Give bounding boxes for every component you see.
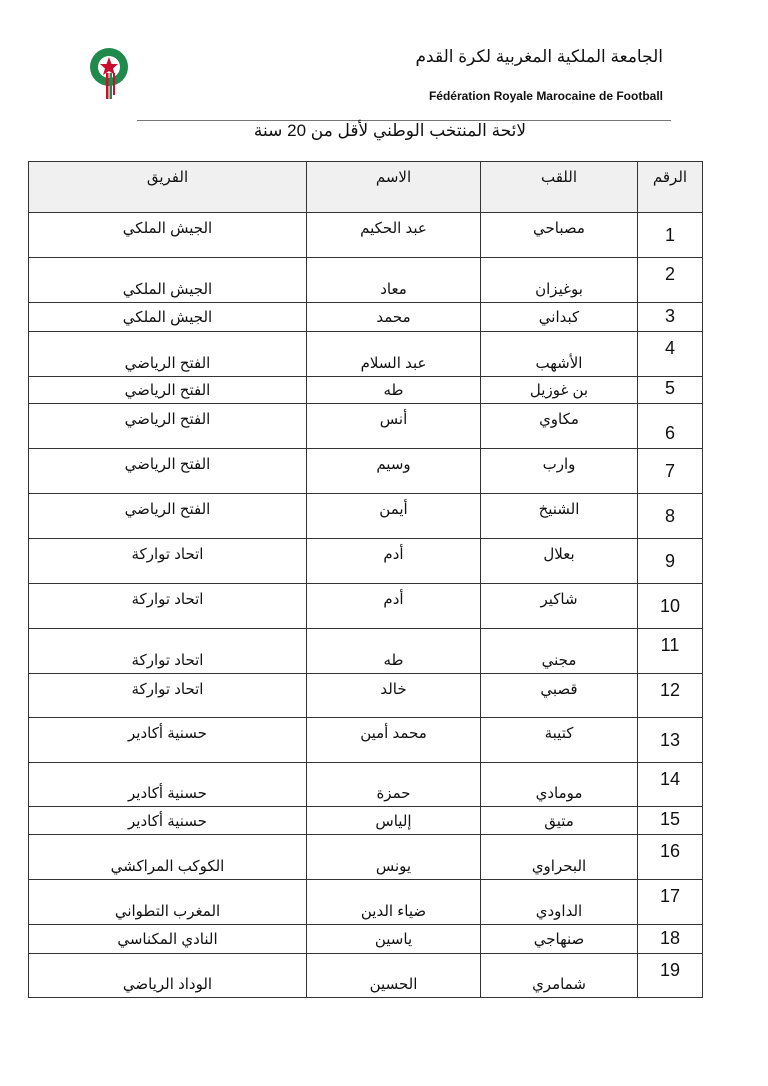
cell-number: 15 [638,807,703,835]
cell-first-name: أنس [307,404,481,449]
cell-surname: وارب [481,449,638,494]
cell-number: 6 [638,404,703,449]
cell-team: الفتح الرياضي [29,404,307,449]
table-row: 11 مجني طه اتحاد تواركة [29,629,703,674]
cell-first-name: أدم [307,584,481,629]
cell-team: حسنية أكادير [29,718,307,763]
cell-surname: الداودي [481,880,638,925]
table-row: 17 الداودي ضياء الدين المغرب التطواني [29,880,703,925]
column-header-number: الرقم [638,162,703,213]
cell-first-name: إلياس [307,807,481,835]
cell-surname: صنهاجي [481,925,638,954]
cell-number: 11 [638,629,703,674]
cell-first-name: ضياء الدين [307,880,481,925]
cell-number: 1 [638,213,703,258]
cell-team: الفتح الرياضي [29,494,307,539]
cell-number: 18 [638,925,703,954]
cell-first-name: أيمن [307,494,481,539]
table-row: 3 كبداني محمد الجيش الملكي [29,303,703,332]
cell-surname: مجني [481,629,638,674]
cell-surname: بعلال [481,539,638,584]
table-row: 12 قصبي خالد اتحاد تواركة [29,674,703,718]
cell-surname: متيق [481,807,638,835]
cell-surname: مصباحي [481,213,638,258]
frmf-crest-icon [87,45,131,103]
cell-team: اتحاد تواركة [29,629,307,674]
table-row: 5 بن غوزيل طه الفتح الرياضي [29,377,703,404]
cell-number: 7 [638,449,703,494]
table-row: 14 مومادي حمزة حسنية أكادير [29,763,703,807]
table-row: 10 شاكير أدم اتحاد تواركة [29,584,703,629]
cell-surname: الأشهب [481,332,638,377]
cell-surname: بن غوزيل [481,377,638,404]
cell-first-name: معاد [307,258,481,303]
document-title-text: لائحة المنتخب الوطني لأقل من 20 سنة [254,121,526,140]
cell-number: 19 [638,954,703,998]
cell-surname: شاكير [481,584,638,629]
cell-team: الكوكب المراكشي [29,835,307,880]
cell-number: 9 [638,539,703,584]
federation-name-french: Fédération Royale Marocaine de Football [429,89,663,103]
federation-name-arabic: الجامعة الملكية المغربية لكرة القدم [416,47,663,67]
cell-number: 13 [638,718,703,763]
cell-number: 17 [638,880,703,925]
cell-team: اتحاد تواركة [29,674,307,718]
cell-surname: الشنيخ [481,494,638,539]
cell-surname: شمامري [481,954,638,998]
cell-surname: بوغيزان [481,258,638,303]
cell-team: الفتح الرياضي [29,332,307,377]
cell-team: الجيش الملكي [29,303,307,332]
cell-first-name: عبد السلام [307,332,481,377]
cell-number: 2 [638,258,703,303]
table-row: 2 بوغيزان معاد الجيش الملكي [29,258,703,303]
cell-team: حسنية أكادير [29,763,307,807]
table-row: 13 كتيبة محمد أمين حسنية أكادير [29,718,703,763]
document-title: لائحة المنتخب الوطني لأقل من 20 سنة [0,121,768,141]
cell-number: 16 [638,835,703,880]
cell-first-name: الحسين [307,954,481,998]
cell-team: الفتح الرياضي [29,449,307,494]
cell-first-name: طه [307,377,481,404]
cell-first-name: وسيم [307,449,481,494]
cell-first-name: محمد [307,303,481,332]
roster-table: الرقم اللقب الاسم الفريق 1 مصباحي عبد ال… [28,161,703,998]
table-row: 6 مكاوي أنس الفتح الرياضي [29,404,703,449]
cell-first-name: طه [307,629,481,674]
cell-team: حسنية أكادير [29,807,307,835]
cell-first-name: حمزة [307,763,481,807]
table-row: 4 الأشهب عبد السلام الفتح الرياضي [29,332,703,377]
cell-surname: البحراوي [481,835,638,880]
column-header-first-name: الاسم [307,162,481,213]
cell-number: 14 [638,763,703,807]
table-row: 19 شمامري الحسين الوداد الرياضي [29,954,703,998]
table-row: 15 متيق إلياس حسنية أكادير [29,807,703,835]
cell-number: 12 [638,674,703,718]
cell-first-name: خالد [307,674,481,718]
cell-first-name: ياسين [307,925,481,954]
table-row: 1 مصباحي عبد الحكيم الجيش الملكي [29,213,703,258]
cell-number: 4 [638,332,703,377]
table-row: 8 الشنيخ أيمن الفتح الرياضي [29,494,703,539]
table-row: 16 البحراوي يونس الكوكب المراكشي [29,835,703,880]
cell-team: الجيش الملكي [29,213,307,258]
cell-team: اتحاد تواركة [29,584,307,629]
cell-number: 3 [638,303,703,332]
cell-number: 10 [638,584,703,629]
table-row: 18 صنهاجي ياسين النادي المكناسي [29,925,703,954]
cell-first-name: يونس [307,835,481,880]
cell-surname: كتيبة [481,718,638,763]
cell-team: النادي المكناسي [29,925,307,954]
cell-surname: مومادي [481,763,638,807]
cell-first-name: محمد أمين [307,718,481,763]
cell-number: 5 [638,377,703,404]
column-header-team: الفريق [29,162,307,213]
cell-number: 8 [638,494,703,539]
cell-team: الفتح الرياضي [29,377,307,404]
table-row: 9 بعلال أدم اتحاد تواركة [29,539,703,584]
cell-first-name: أدم [307,539,481,584]
cell-team: الجيش الملكي [29,258,307,303]
cell-surname: مكاوي [481,404,638,449]
cell-surname: قصبي [481,674,638,718]
cell-team: المغرب التطواني [29,880,307,925]
table-row: 7 وارب وسيم الفتح الرياضي [29,449,703,494]
table-header-row: الرقم اللقب الاسم الفريق [29,162,703,213]
cell-team: اتحاد تواركة [29,539,307,584]
cell-team: الوداد الرياضي [29,954,307,998]
cell-first-name: عبد الحكيم [307,213,481,258]
column-header-surname: اللقب [481,162,638,213]
cell-surname: كبداني [481,303,638,332]
